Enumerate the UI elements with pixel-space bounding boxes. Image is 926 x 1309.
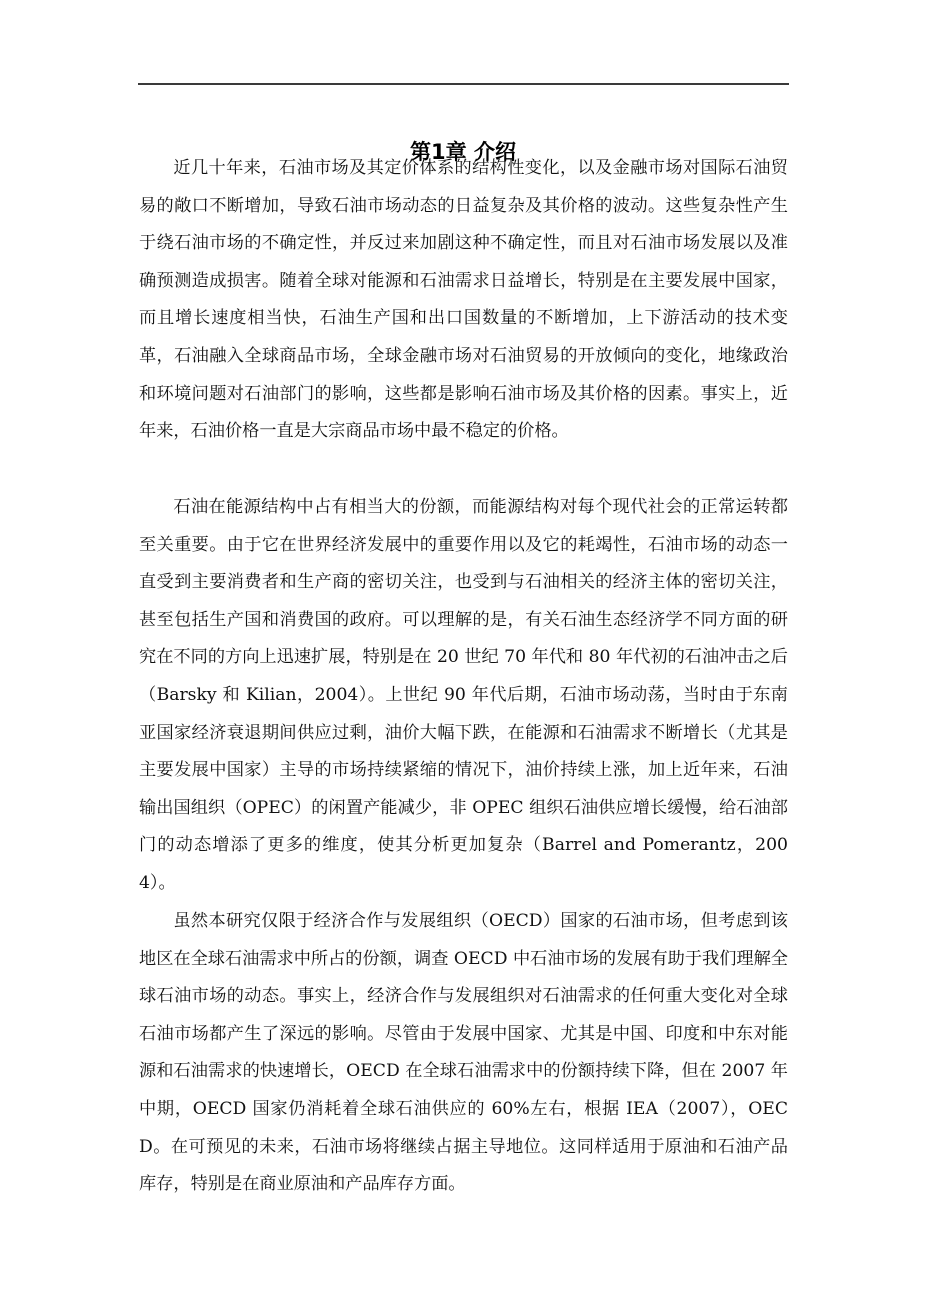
paragraph-3: 虽然本研究仅限于经济合作与发展组织（OECD）国家的石油市场，但考虑到该地区在全… (139, 903, 788, 1204)
document-page: 第1章 介绍 近几十年来，石油市场及其定价体系的结构性变化，以及金融市场对国际石… (0, 0, 926, 1309)
header-rule (138, 83, 789, 85)
paragraph-1: 近几十年来，石油市场及其定价体系的结构性变化，以及金融市场对国际石油贸易的敞口不… (139, 150, 788, 451)
paragraph-2: 石油在能源结构中占有相当大的份额，而能源结构对每个现代社会的正常运转都至关重要。… (139, 489, 788, 903)
